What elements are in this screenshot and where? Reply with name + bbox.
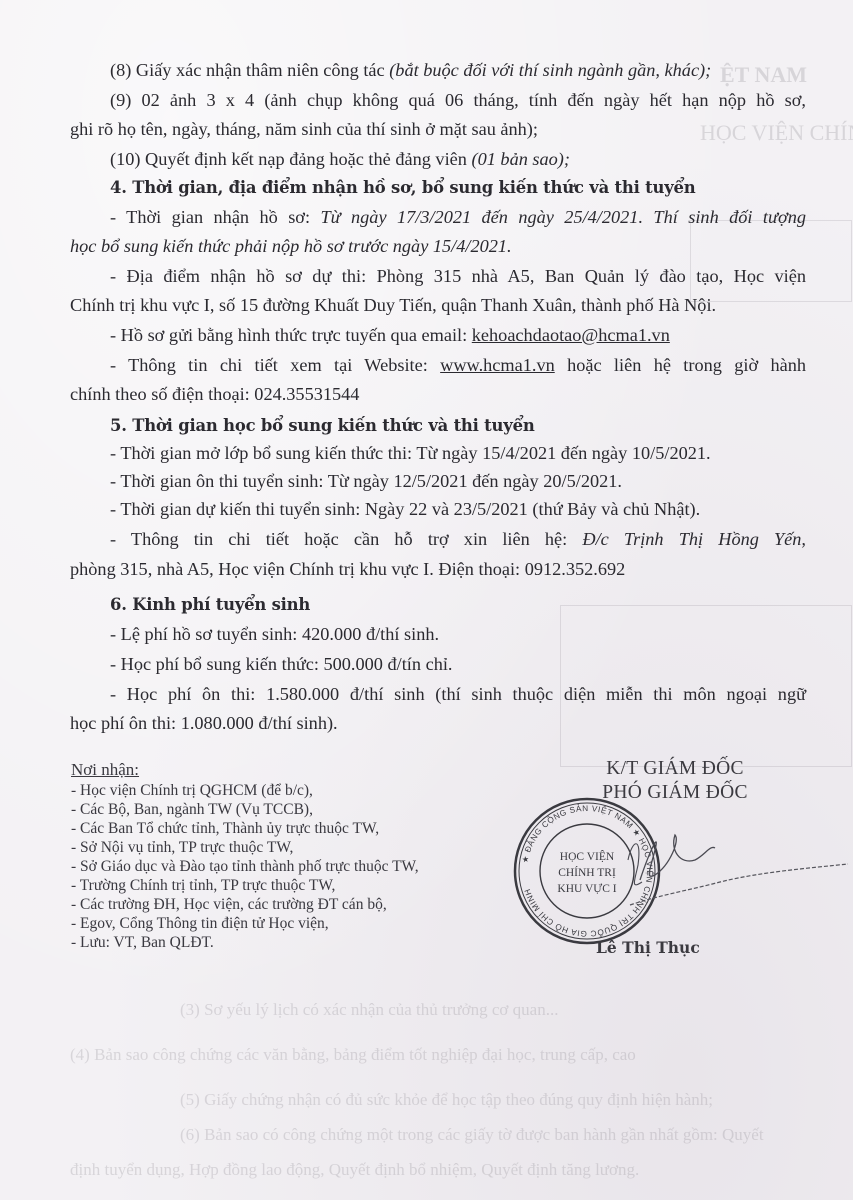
requirement-item-10: (10) Quyết định kết nạp đảng hoặc thẻ đả… bbox=[110, 147, 806, 171]
location-line-cont: Chính trị khu vực I, số 15 đường Khuất D… bbox=[70, 293, 806, 317]
item-text: 02 ảnh 3 x 4 (ảnh chụp không quá 06 thán… bbox=[141, 90, 806, 110]
recipient-item: - Các trường ĐH, Học viện, các trường ĐT… bbox=[71, 895, 419, 914]
receive-time-deadline: học bổ sung kiến thức phải nộp hồ sơ trư… bbox=[70, 234, 806, 258]
bleed-through-text: (4) Bản sao công chứng các văn bằng, bản… bbox=[70, 1045, 636, 1065]
schedule-line: - Thời gian ôn thi tuyển sinh: Từ ngày 1… bbox=[110, 469, 806, 493]
requirement-item-9: (9) 02 ảnh 3 x 4 (ảnh chụp không quá 06 … bbox=[110, 88, 806, 112]
schedule-line: - Thời gian mở lớp bổ sung kiến thức thi… bbox=[110, 441, 806, 465]
recipient-item: - Egov, Cổng Thông tin điện tử Học viện, bbox=[71, 914, 419, 933]
receive-time-line: - Thời gian nhận hồ sơ: Từ ngày 17/3/202… bbox=[110, 205, 806, 229]
schedule-line: - Thời gian dự kiến thi tuyển sinh: Ngày… bbox=[110, 497, 806, 521]
contact-label: - Thông tin chi tiết hoặc cần hỗ trợ xin… bbox=[110, 529, 582, 549]
svg-text:HỌC VIỆN: HỌC VIỆN bbox=[560, 849, 615, 863]
location-line: - Địa điểm nhận hồ sơ dự thi: Phòng 315 … bbox=[110, 264, 806, 288]
item-text: Quyết định kết nạp đảng hoặc thẻ đảng vi… bbox=[145, 149, 471, 169]
receive-time-label: - Thời gian nhận hồ sơ: bbox=[110, 207, 320, 227]
fee-line: - Học phí bổ sung kiến thức: 500.000 đ/t… bbox=[110, 652, 806, 676]
item-number: (10) bbox=[110, 149, 140, 169]
recipient-item: - Các Bộ, Ban, ngành TW (Vụ TCCB), bbox=[71, 800, 419, 819]
recipient-item: - Sở Giáo dục và Đào tạo tỉnh thành phố … bbox=[71, 857, 419, 876]
signer-name: Lê Thị Thục bbox=[596, 938, 700, 957]
item-number: (8) bbox=[110, 60, 131, 80]
handwritten-signature-icon bbox=[620, 820, 850, 920]
recipient-item: - Trường Chính trị tỉnh, TP trực thuộc T… bbox=[71, 876, 419, 895]
recipients-list: Nơi nhận: - Học viện Chính trị QGHCM (để… bbox=[71, 760, 419, 952]
review-fee-line: - Học phí ôn thi: 1.580.000 đ/thí sinh (… bbox=[110, 682, 806, 706]
document-page: ỆT NAM HỌC VIỆN CHÍNH (3) Sơ yếu lý lịch… bbox=[0, 0, 853, 1200]
bleed-through-text: (5) Giấy chứng nhận có đủ sức khỏe để họ… bbox=[180, 1090, 713, 1110]
signer-title-1: K/T GIÁM ĐỐC bbox=[560, 758, 790, 780]
section-6-heading: 6. Kinh phí tuyển sinh bbox=[110, 593, 806, 617]
requirement-item-9-cont: ghi rõ họ tên, ngày, tháng, năm sinh của… bbox=[70, 117, 806, 141]
item-note: (bắt buộc đối với thí sinh ngành gần, kh… bbox=[389, 60, 711, 80]
item-text: ghi rõ họ tên, ngày, tháng, năm sinh của… bbox=[70, 119, 538, 139]
svg-text:KHU VỰC I: KHU VỰC I bbox=[557, 883, 616, 895]
section-5-heading: 5. Thời gian học bổ sung kiến thức và th… bbox=[110, 414, 806, 438]
bleed-through-text: định tuyển dụng, Hợp đồng lao động, Quyế… bbox=[70, 1160, 639, 1180]
recipient-item: - Các Ban Tổ chức tỉnh, Thành ủy trực th… bbox=[71, 819, 419, 838]
review-fee-line-cont: học phí ôn thi: 1.080.000 đ/thí sinh). bbox=[70, 711, 806, 735]
bleed-through-box bbox=[690, 220, 852, 302]
website-suffix: hoặc liên hệ trong giờ hành bbox=[555, 355, 806, 375]
item-text: Giấy xác nhận thâm niên công tác bbox=[136, 60, 389, 80]
contact-name: Đ/c Trịnh Thị Hồng Yến, bbox=[582, 529, 806, 549]
svg-text:CHÍNH TRỊ: CHÍNH TRỊ bbox=[558, 865, 616, 879]
recipients-title: Nơi nhận: bbox=[71, 760, 419, 779]
website-link[interactable]: www.hcma1.vn bbox=[440, 355, 555, 375]
contact-line: - Thông tin chi tiết hoặc cần hỗ trợ xin… bbox=[110, 527, 806, 551]
section-4-heading: 4. Thời gian, địa điểm nhận hồ sơ, bổ su… bbox=[110, 176, 806, 200]
item-note: (01 bản sao); bbox=[471, 149, 570, 169]
website-label: - Thông tin chi tiết xem tại Website: bbox=[110, 355, 440, 375]
website-line: - Thông tin chi tiết xem tại Website: ww… bbox=[110, 353, 806, 377]
email-label: - Hồ sơ gửi bằng hình thức trực tuyến qu… bbox=[110, 325, 472, 345]
bleed-through-text: (6) Bản sao có công chứng một trong các … bbox=[180, 1125, 764, 1145]
recipient-item: - Lưu: VT, Ban QLĐT. bbox=[71, 933, 419, 952]
email-link[interactable]: kehoachdaotao@hcma1.vn bbox=[472, 325, 670, 345]
email-line: - Hồ sơ gửi bằng hình thức trực tuyến qu… bbox=[110, 323, 806, 347]
recipient-item: - Học viện Chính trị QGHCM (để b/c), bbox=[71, 781, 419, 800]
receive-time-value: Từ ngày 17/3/2021 đến ngày 25/4/2021. Th… bbox=[320, 207, 806, 227]
item-number: (9) bbox=[110, 90, 131, 110]
requirement-item-8: (8) Giấy xác nhận thâm niên công tác (bắ… bbox=[110, 58, 806, 82]
recipient-item: - Sở Nội vụ tỉnh, TP trực thuộc TW, bbox=[71, 838, 419, 857]
phone-line: chính theo số điện thoại: 024.35531544 bbox=[70, 382, 806, 406]
fee-line: - Lệ phí hồ sơ tuyển sinh: 420.000 đ/thí… bbox=[110, 622, 806, 646]
bleed-through-text: (3) Sơ yếu lý lịch có xác nhận của thủ t… bbox=[180, 1000, 558, 1020]
contact-line-cont: phòng 315, nhà A5, Học viện Chính trị kh… bbox=[70, 557, 806, 581]
